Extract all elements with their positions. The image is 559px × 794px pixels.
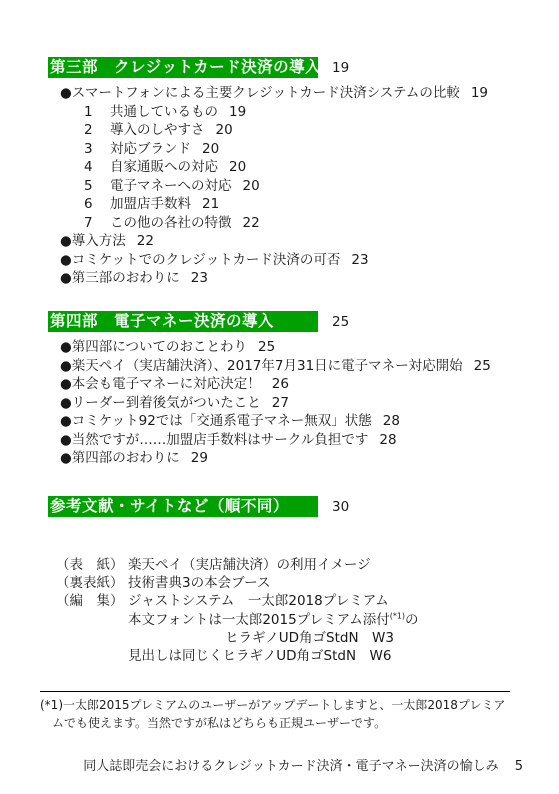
toc-item-page-number: 20 <box>243 178 260 194</box>
toc-item: 6加盟店手数料21 <box>48 195 488 214</box>
toc-item-label: 共通しているもの <box>110 104 218 120</box>
section-page-number: 19 <box>332 60 349 76</box>
toc-item: ●コミケットでのクレジットカード決済の可否23 <box>48 251 488 270</box>
bullet-icon: ● <box>60 252 72 268</box>
toc-item-label: 対応ブランド <box>110 141 191 157</box>
section-page-number: 25 <box>332 314 349 330</box>
toc-item-label: 加盟店手数料 <box>110 196 191 212</box>
toc-item-label: 楽天ペイ（実店舗決済）、2017年7月31日に電子マネー対応開始 <box>72 358 463 374</box>
bullet-icon: ● <box>60 432 72 448</box>
toc-item-page-number: 25 <box>258 339 275 355</box>
toc-item-label: スマートフォンによる主要クレジットカード決済システムの比較 <box>72 85 460 101</box>
credit-text: ジャストシステム 一太郎2018プレミアム <box>128 592 389 610</box>
toc-item-label: 導入方法 <box>72 233 126 249</box>
toc-item-number: 4 <box>84 158 110 177</box>
toc-item: ●楽天ペイ（実店舗決済）、2017年7月31日に電子マネー対応開始25 <box>48 357 491 376</box>
toc-item: 2導入のしやすさ20 <box>48 121 488 140</box>
credit-role-label: （表 紙） <box>56 556 128 574</box>
credit-role-label: （裏表紙） <box>56 574 128 592</box>
toc-item: ●コミケット92では「交通系電子マネー無双」状態28 <box>48 412 491 431</box>
credit-row: （裏表紙）技術書典3の本会ブース <box>56 574 419 592</box>
toc-item: ●第三部のおわりに23 <box>48 269 488 288</box>
toc-item: 7この他の各社の特徴22 <box>48 214 488 233</box>
credit-text: 楽天ペイ（実店舗決済）の利用イメージ <box>128 556 371 574</box>
toc-item-page-number: 23 <box>351 252 368 268</box>
footnote-ref-marker: (*1) <box>390 611 405 620</box>
toc-item-label: コミケットでのクレジットカード決済の可否 <box>72 252 341 268</box>
section-heading-row: 第四部 電子マネー決済の導入 25 <box>48 311 491 332</box>
toc-item-page-number: 20 <box>216 122 233 138</box>
footnote-line: ムでも使えます。当然ですが私はどちらも正規ユーザーです。 <box>40 715 510 733</box>
toc-item-label: 本会も電子マネーに対応決定！ <box>72 376 261 392</box>
toc-item-page-number: 27 <box>272 395 289 411</box>
toc-item-page-number: 19 <box>229 104 246 120</box>
toc-item: ●リーダー到着後気がついたこと27 <box>48 394 491 413</box>
toc-item: ●本会も電子マネーに対応決定！26 <box>48 375 491 394</box>
credit-role-label <box>56 611 128 629</box>
section-heading-bar: 第四部 電子マネー決済の導入 <box>48 311 318 332</box>
bullet-icon: ● <box>60 376 72 392</box>
toc-item-page-number: 28 <box>379 432 396 448</box>
toc-item-page-number: 29 <box>191 450 208 466</box>
section-heading-bar: 第三部 クレジットカード決済の導入 <box>48 57 318 78</box>
toc-item: ●導入方法22 <box>48 232 488 251</box>
toc-item: ●当然ですが……加盟店手数料はサークル負担です28 <box>48 431 491 450</box>
section-page-number: 30 <box>332 499 349 515</box>
bullet-icon: ● <box>60 358 72 374</box>
toc-item-label: 第三部のおわりに <box>72 270 180 286</box>
toc-item: ●スマートフォンによる主要クレジットカード決済システムの比較19 <box>48 84 488 103</box>
bullet-icon: ● <box>60 270 72 286</box>
section-heading-row: 参考文献・サイトなど（順不同） 30 <box>48 496 349 517</box>
footnote-line: (*1)一太郎2015プレミアムのユーザーがアップデートしますと、一太郎2018… <box>40 697 510 715</box>
credit-row: 本文フォントは一太郎2015プレミアム添付(*1)の <box>56 611 419 629</box>
toc-item-number: 6 <box>84 195 110 214</box>
credit-text: 見出しは同じくヒラギノUD角ゴStdN W6 <box>128 647 391 665</box>
toc-item-page-number: 22 <box>243 215 260 231</box>
toc-item-number: 2 <box>84 121 110 140</box>
toc-item-number: 3 <box>84 140 110 159</box>
toc-section-part3: 第三部 クレジットカード決済の導入 19 ●スマートフォンによる主要クレジットカ… <box>48 57 488 288</box>
credit-role-label <box>56 647 128 665</box>
toc-item-page-number: 22 <box>137 233 154 249</box>
section-heading-label: 第四部 電子マネー決済の導入 <box>50 312 274 330</box>
toc-item-label: リーダー到着後気がついたこと <box>72 395 261 411</box>
toc-item: 1共通しているもの19 <box>48 103 488 122</box>
credit-row: （表 紙）楽天ペイ（実店舗決済）の利用イメージ <box>56 556 419 574</box>
bullet-icon: ● <box>60 450 72 466</box>
toc-item-page-number: 20 <box>202 141 219 157</box>
toc-section-references: 参考文献・サイトなど（順不同） 30 <box>48 496 349 523</box>
toc-item: ●第四部のおわりに29 <box>48 449 491 468</box>
toc-item-list: ●第四部についてのおことわり25●楽天ペイ（実店舗決済）、2017年7月31日に… <box>48 338 491 468</box>
credit-role-label <box>56 629 128 647</box>
toc-item-label: 電子マネーへの対応 <box>110 178 232 194</box>
credit-row: 見出しは同じくヒラギノUD角ゴStdN W6 <box>56 647 419 665</box>
running-footer: 同人誌即売会におけるクレジットカード決済・電子マネー決済の愉しみ 5 <box>83 755 523 774</box>
bullet-icon: ● <box>60 413 72 429</box>
toc-item: 4自家通販への対応20 <box>48 158 488 177</box>
footer-page-number: 5 <box>515 759 523 774</box>
toc-item-page-number: 19 <box>471 85 488 101</box>
credit-row: （編 集）ジャストシステム 一太郎2018プレミアム <box>56 592 419 610</box>
section-heading-row: 第三部 クレジットカード決済の導入 19 <box>48 57 488 78</box>
credits-block: （表 紙）楽天ペイ（実店舗決済）の利用イメージ（裏表紙）技術書典3の本会ブース（… <box>56 556 419 665</box>
bullet-icon: ● <box>60 85 72 101</box>
bullet-icon: ● <box>60 395 72 411</box>
toc-item-page-number: 20 <box>229 159 246 175</box>
toc-item-label: 導入のしやすさ <box>110 122 205 138</box>
toc-item-number: 1 <box>84 103 110 122</box>
toc-section-part4: 第四部 電子マネー決済の導入 25 ●第四部についてのおことわり25●楽天ペイ（… <box>48 311 491 468</box>
toc-item-label: 第四部のおわりに <box>72 450 180 466</box>
bullet-icon: ● <box>60 339 72 355</box>
section-heading-bar: 参考文献・サイトなど（順不同） <box>48 496 318 517</box>
footnote-block: (*1)一太郎2015プレミアムのユーザーがアップデートしますと、一太郎2018… <box>40 691 510 732</box>
credit-text: 技術書典3の本会ブース <box>128 574 271 592</box>
toc-item-page-number: 25 <box>474 358 491 374</box>
document-page: 第三部 クレジットカード決済の導入 19 ●スマートフォンによる主要クレジットカ… <box>0 0 559 794</box>
toc-item: 5電子マネーへの対応20 <box>48 177 488 196</box>
toc-item-number: 7 <box>84 214 110 233</box>
toc-item-page-number: 26 <box>272 376 289 392</box>
section-heading-label: 参考文献・サイトなど（順不同） <box>50 497 289 515</box>
toc-item-label: この他の各社の特徴 <box>110 215 232 231</box>
credit-role-label: （編 集） <box>56 592 128 610</box>
bullet-icon: ● <box>60 233 72 249</box>
toc-item-number: 5 <box>84 177 110 196</box>
toc-item-list: ●スマートフォンによる主要クレジットカード決済システムの比較191共通しているも… <box>48 84 488 288</box>
toc-item-page-number: 28 <box>383 413 400 429</box>
footer-title: 同人誌即売会におけるクレジットカード決済・電子マネー決済の愉しみ <box>83 759 498 774</box>
toc-item-label: コミケット92では「交通系電子マネー無双」状態 <box>72 413 372 429</box>
toc-item-label: 第四部についてのおことわり <box>72 339 247 355</box>
section-heading-label: 第三部 クレジットカード決済の導入 <box>50 58 318 76</box>
toc-item: ●第四部についてのおことわり25 <box>48 338 491 357</box>
credit-row: ヒラギノUD角ゴStdN W3 <box>56 629 419 647</box>
credit-text: ヒラギノUD角ゴStdN W3 <box>128 629 394 647</box>
toc-item-label: 自家通販への対応 <box>110 159 218 175</box>
toc-item: 3対応ブランド20 <box>48 140 488 159</box>
credit-text: 本文フォントは一太郎2015プレミアム添付(*1)の <box>128 611 419 629</box>
toc-item-page-number: 21 <box>202 196 219 212</box>
toc-item-page-number: 23 <box>191 270 208 286</box>
toc-item-label: 当然ですが……加盟店手数料はサークル負担です <box>72 432 369 448</box>
